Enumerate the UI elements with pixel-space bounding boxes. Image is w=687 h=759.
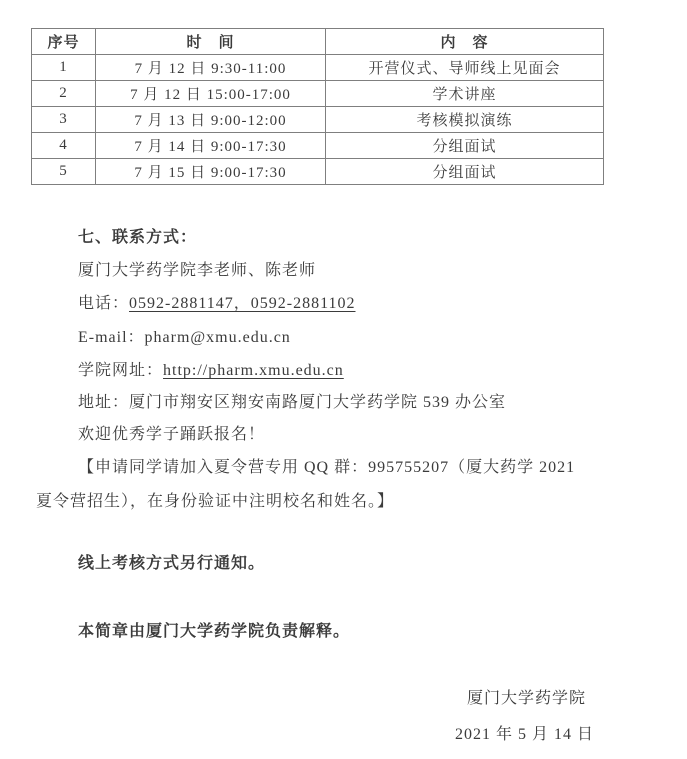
cell-time: 7 月 12 日 15:00-17:00 (96, 81, 326, 107)
table-row: 5 7 月 15 日 9:00-17:30 分组面试 (32, 159, 604, 185)
contact-section-heading: 七、联系方式： (78, 228, 197, 247)
cell-index: 1 (32, 55, 96, 81)
website-label: 学院网址： (78, 362, 163, 379)
email-line: E-mail：pharm@xmu.edu.cn (78, 328, 291, 347)
schedule-table: 序号 时 间 内 容 1 7 月 12 日 9:30-11:00 开营仪式、导师… (31, 28, 604, 185)
cell-index: 5 (32, 159, 96, 185)
cell-content: 学术讲座 (326, 81, 604, 107)
online-assessment-note: 线上考核方式另行通知。 (78, 554, 265, 573)
qq-group-line-1: 【申请同学请加入夏令营专用 QQ 群：995755207（厦大药学 2021 (78, 458, 575, 477)
cell-content: 开营仪式、导师线上见面会 (326, 55, 604, 81)
website-line: 学院网址：http://pharm.xmu.edu.cn (78, 361, 344, 380)
phone-numbers: 0592-2881147，0592-2881102 (129, 295, 355, 312)
cell-index: 3 (32, 107, 96, 133)
document-page: 序号 时 间 内 容 1 7 月 12 日 9:30-11:00 开营仪式、导师… (0, 0, 687, 759)
signature-date: 2021 年 5 月 14 日 (455, 725, 594, 744)
cell-time: 7 月 13 日 9:00-12:00 (96, 107, 326, 133)
address-line: 地址：厦门市翔安区翔安南路厦门大学药学院 539 办公室 (78, 393, 506, 412)
cell-time: 7 月 14 日 9:00-17:30 (96, 133, 326, 159)
contact-teachers: 厦门大学药学院李老师、陈老师 (78, 261, 316, 280)
qq-group-line-2: 夏令营招生），在身份验证中注明校名和姓名。】 (36, 492, 394, 511)
phone-line: 电话：0592-2881147，0592-2881102 (78, 294, 356, 313)
cell-time: 7 月 12 日 9:30-11:00 (96, 55, 326, 81)
col-header-content: 内 容 (326, 29, 604, 55)
website-link[interactable]: http://pharm.xmu.edu.cn (163, 362, 344, 379)
table-row: 4 7 月 14 日 9:00-17:30 分组面试 (32, 133, 604, 159)
email-label: E-mail： (78, 329, 145, 346)
table-row: 2 7 月 12 日 15:00-17:00 学术讲座 (32, 81, 604, 107)
table-row: 3 7 月 13 日 9:00-12:00 考核模拟演练 (32, 107, 604, 133)
cell-time: 7 月 15 日 9:00-17:30 (96, 159, 326, 185)
phone-label: 电话： (78, 295, 129, 312)
interpretation-note: 本简章由厦门大学药学院负责解释。 (78, 622, 350, 641)
col-header-time: 时 间 (96, 29, 326, 55)
col-header-index: 序号 (32, 29, 96, 55)
table-row: 1 7 月 12 日 9:30-11:00 开营仪式、导师线上见面会 (32, 55, 604, 81)
cell-index: 4 (32, 133, 96, 159)
cell-index: 2 (32, 81, 96, 107)
cell-content: 考核模拟演练 (326, 107, 604, 133)
welcome-line: 欢迎优秀学子踊跃报名！ (78, 425, 265, 444)
email-address: pharm@xmu.edu.cn (145, 329, 291, 346)
signature-organization: 厦门大学药学院 (467, 689, 586, 708)
cell-content: 分组面试 (326, 133, 604, 159)
cell-content: 分组面试 (326, 159, 604, 185)
table-header-row: 序号 时 间 内 容 (32, 29, 604, 55)
